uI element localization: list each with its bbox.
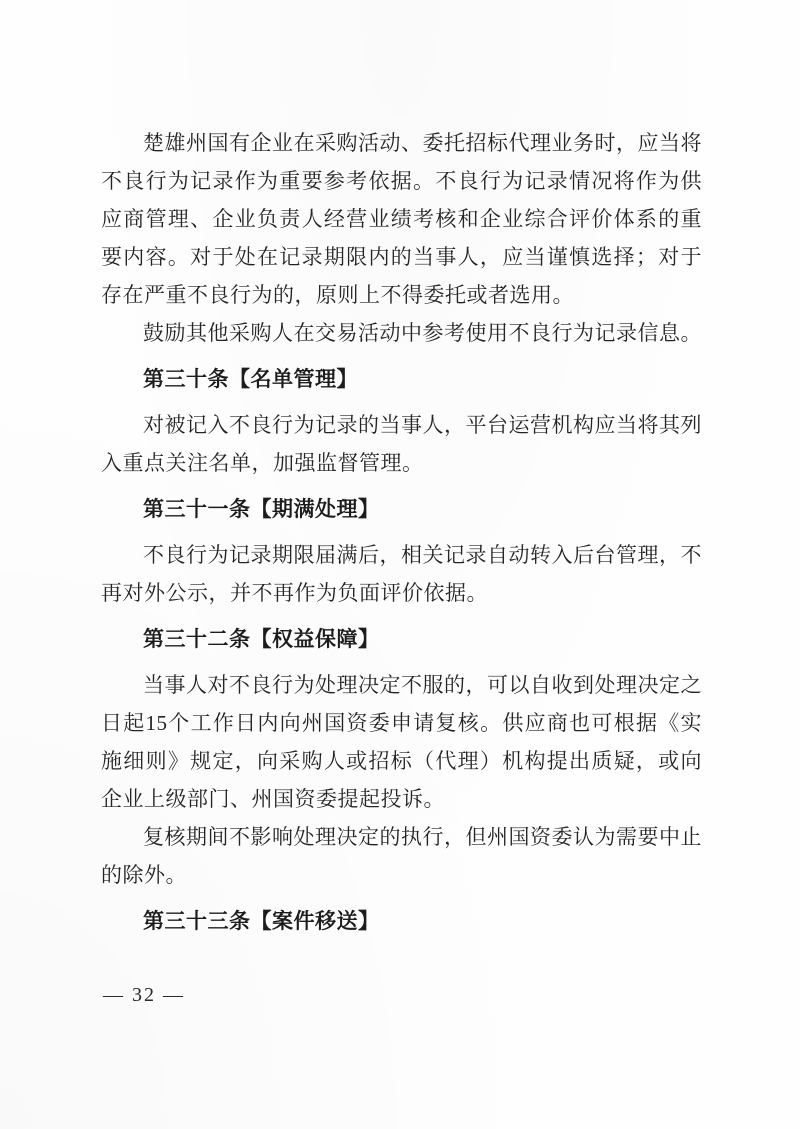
paragraph-review-period: 复核期间不影响处理决定的执行，但州国资委认为需要中止的除外。 (101, 818, 702, 894)
paragraph-review-application: 当事人对不良行为处理决定不服的，可以自收到处理决定之日起15个工作日内向州国资委… (101, 666, 702, 818)
paragraph-watch-list: 对被记入不良行为记录的当事人，平台运营机构应当将其列入重点关注名单，加强监督管理… (101, 406, 702, 482)
article-heading-31-expiry-handling: 第三十一条【期满处理】 (101, 490, 702, 528)
page-footer: — 32 — (103, 984, 303, 1007)
article-heading-33-case-transfer: 第三十三条【案件移送】 (101, 902, 702, 940)
paragraph-procurement-reference: 楚雄州国有企业在采购活动、委托招标代理业务时，应当将不良行为记录作为重要参考依据… (101, 124, 702, 314)
article-heading-32-rights-protection: 第三十二条【权益保障】 (101, 620, 702, 658)
page-number: — 32 — (103, 984, 185, 1006)
paragraph-record-expiry: 不良行为记录期限届满后，相关记录自动转入后台管理，不再对外公示，并不再作为负面评… (101, 536, 702, 612)
article-heading-30-list-management: 第三十条【名单管理】 (101, 360, 702, 398)
document-body: 楚雄州国有企业在采购活动、委托招标代理业务时，应当将不良行为记录作为重要参考依据… (101, 124, 702, 948)
paragraph-encourage-use: 鼓励其他采购人在交易活动中参考使用不良行为记录信息。 (101, 314, 702, 352)
document-page: 楚雄州国有企业在采购活动、委托招标代理业务时，应当将不良行为记录作为重要参考依据… (0, 0, 800, 1129)
